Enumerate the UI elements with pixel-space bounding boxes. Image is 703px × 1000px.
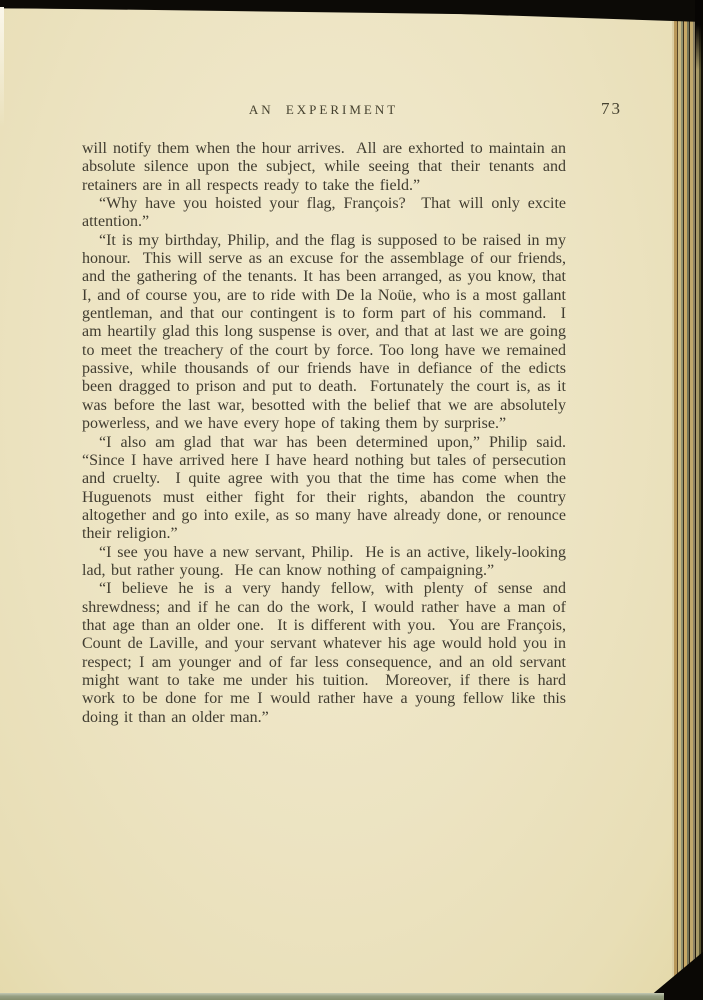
page-number: 73 — [601, 99, 641, 119]
scan-shadow-top-right — [695, 0, 703, 70]
page-edge-stack — [672, 10, 703, 1000]
page-edge-highlight — [0, 7, 4, 127]
running-header-title: AN EXPERIMENT — [249, 102, 398, 117]
scanned-book-page: AN EXPERIMENT 73 will notify them when t… — [0, 0, 703, 1000]
paragraph: “Why have you hoisted your flag, Françoi… — [82, 195, 566, 232]
body-text: will notify them when the hour arrives. … — [82, 140, 566, 727]
paragraph: will notify them when the hour arrives. … — [82, 140, 566, 195]
scan-bed-edge-bottom — [0, 993, 664, 1000]
paragraph: “I see you have a new servant, Philip. H… — [82, 544, 566, 581]
running-header: AN EXPERIMENT — [82, 101, 565, 119]
paragraph: “I also am glad that war has been determ… — [82, 434, 566, 544]
paragraph: “It is my birthday, Philip, and the flag… — [82, 232, 566, 434]
paragraph: “I believe he is a very handy fellow, wi… — [82, 580, 566, 727]
